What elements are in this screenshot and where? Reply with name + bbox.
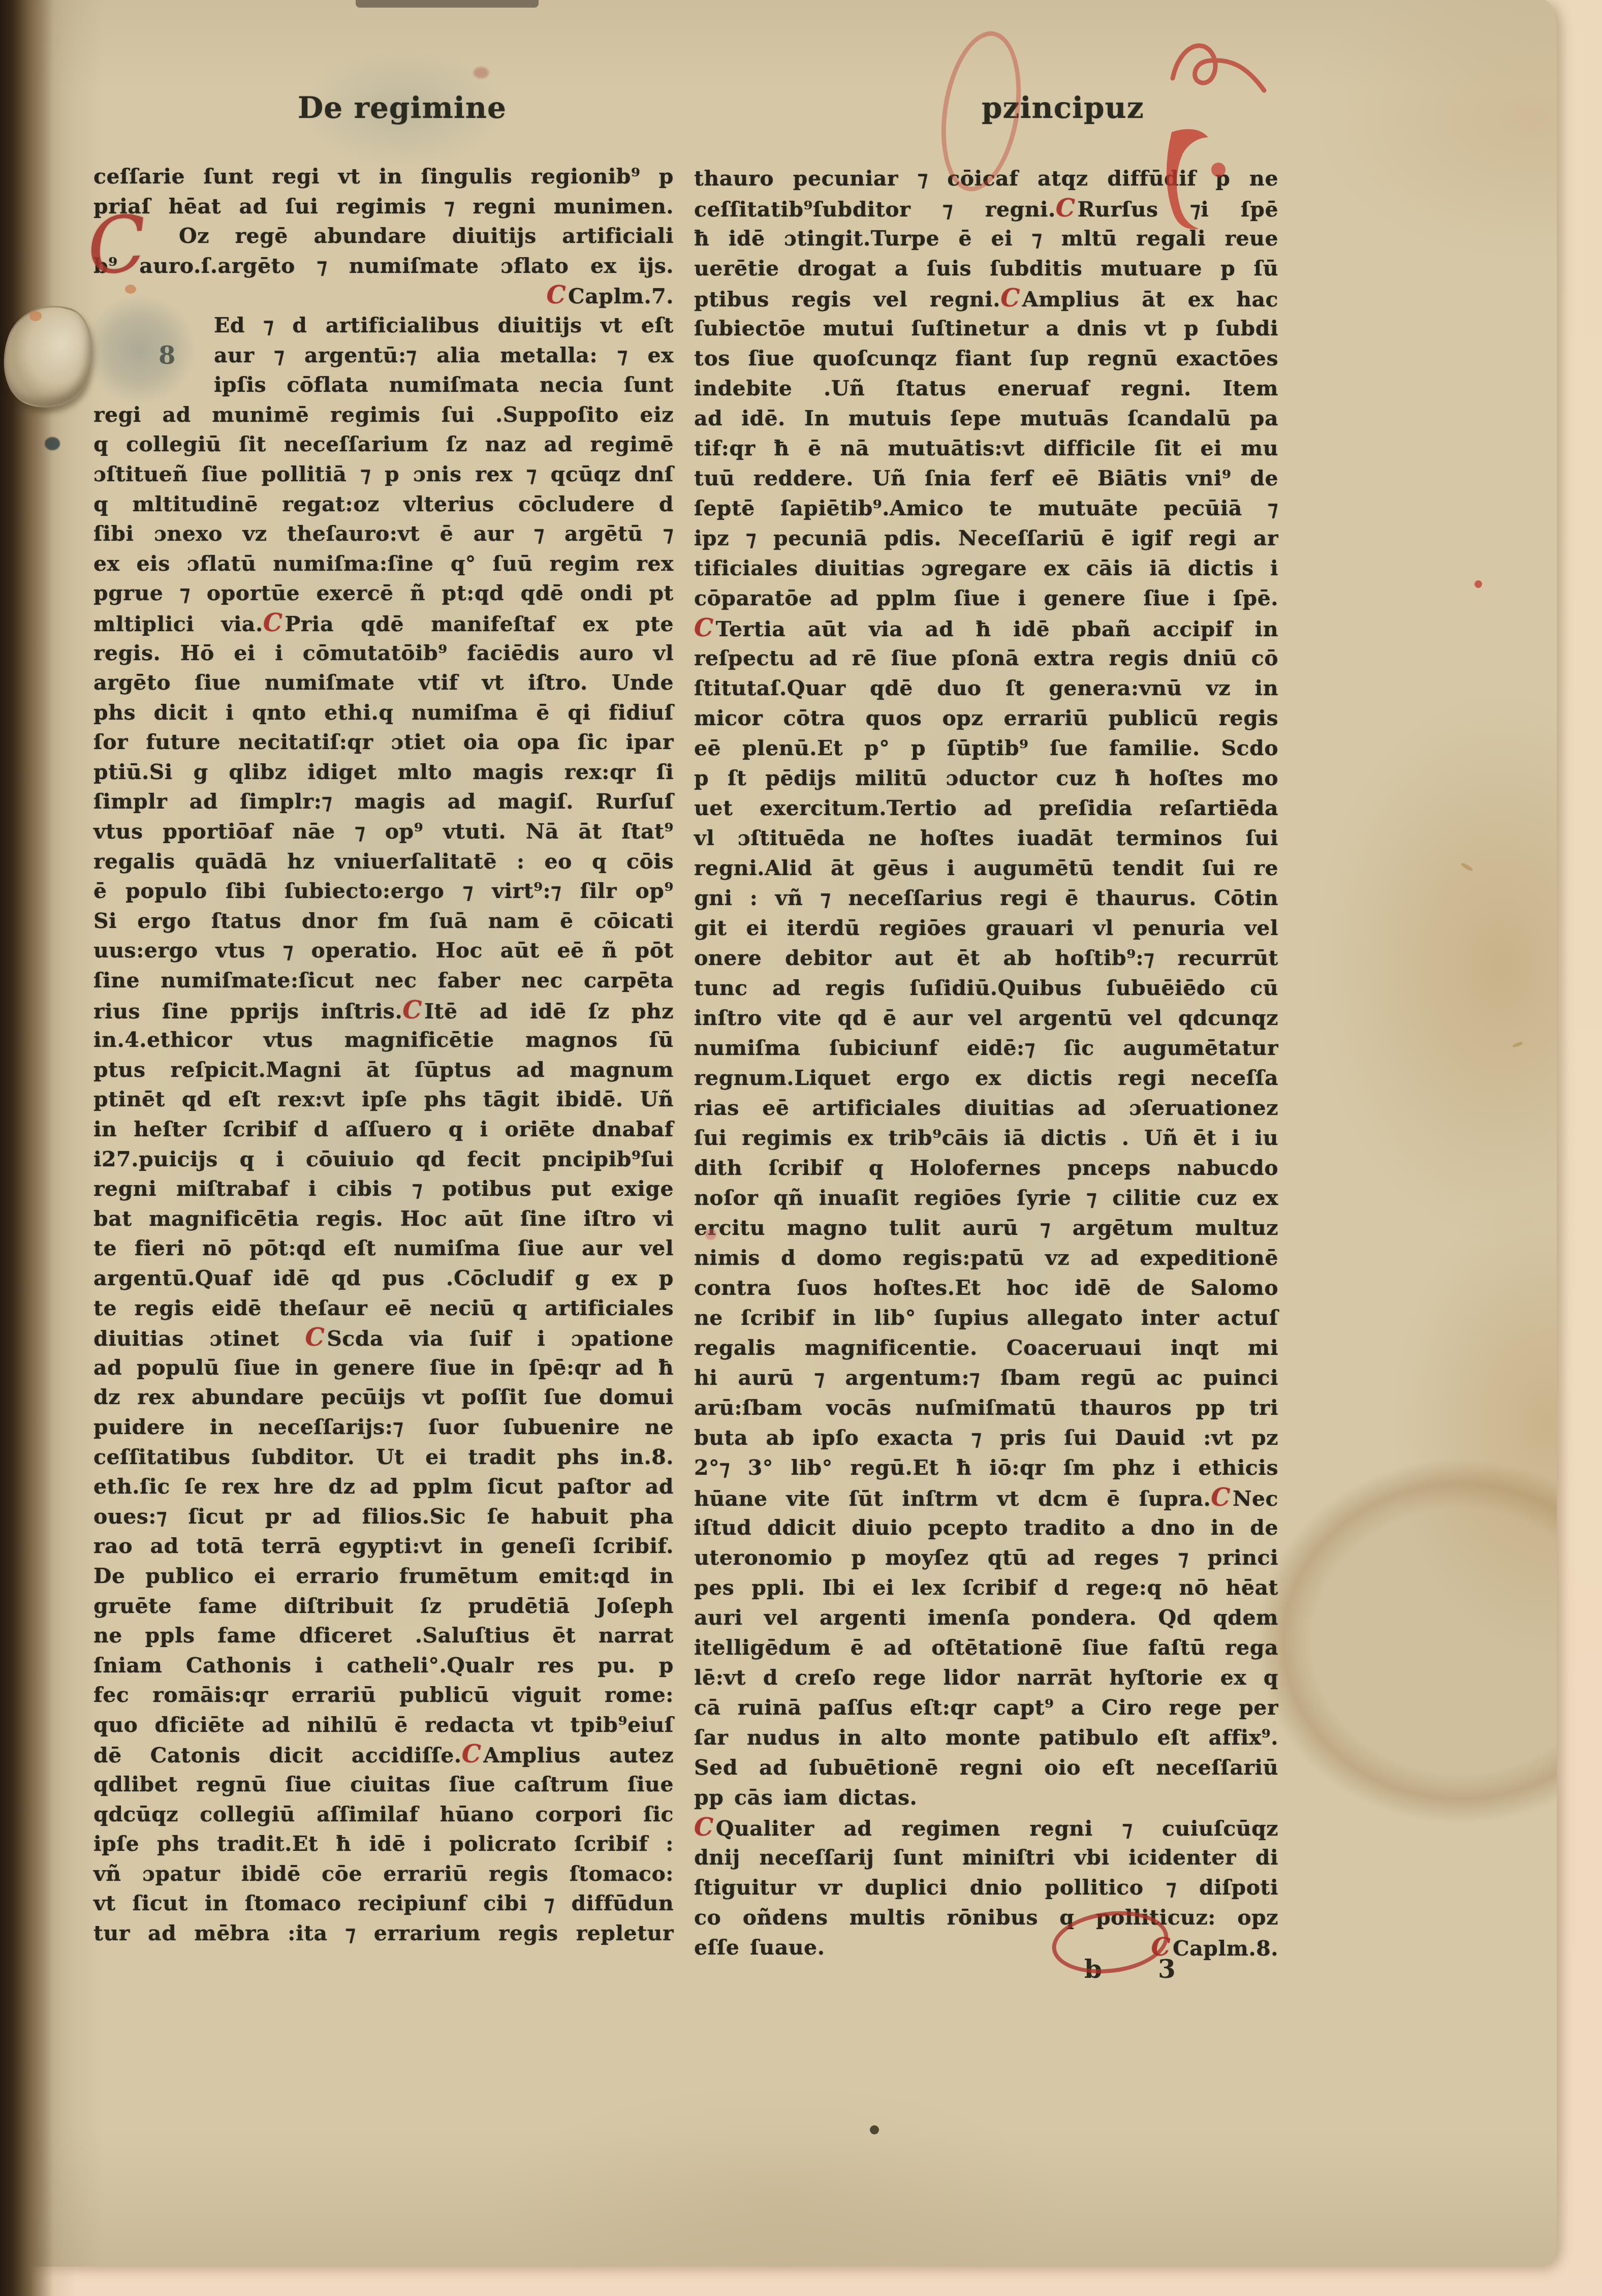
text-line: pes ppli. Ibi ei lex ſcribif d rege:q nō… xyxy=(694,1573,1278,1603)
text-line: dē Catonis dicit accidiſſe.CAmplius aute… xyxy=(93,1740,674,1770)
text-line: contra ſuos hoſtes.Et hoc idē de Salomo xyxy=(694,1273,1278,1303)
text-line: gni : vñ ⁊ neceſſarius regi ē thaurus. C… xyxy=(694,883,1278,913)
text-line: tos ſiue quoſcunqz fiant ſup regnū exact… xyxy=(694,344,1278,374)
text-line: numiſma ſubiciunf eidē:⁊ ſic augumētatur xyxy=(694,1033,1278,1063)
rubric-capitulum-mark: C xyxy=(402,996,422,1025)
text-line: ſeptē ſapiētib⁹.Amico te mutuāte pecūiā … xyxy=(694,493,1278,523)
text-line: ipz ⁊ pecuniā pdis. Neceſſariū ē igif re… xyxy=(694,523,1278,553)
text-line: ipſe phs tradit.Et ħ idē i policrato ſcr… xyxy=(93,1829,674,1859)
text-line: regalis quādā hz vniuerſalitatē : eo q c… xyxy=(93,847,674,877)
text-line: ex eis ɔflatū numiſma:ſine q° ſuū regim … xyxy=(93,549,674,579)
text-line: Oz regē abundare diuitijs artificiali xyxy=(93,221,674,251)
text-line: ſtiguitur vr duplici dnio pollitico ⁊ di… xyxy=(694,1873,1278,1903)
text-line: dz rex abundare pecūijs vt poſſit ſue do… xyxy=(93,1382,674,1412)
ink-dot xyxy=(45,437,60,450)
text-line: CCaplm.7. xyxy=(93,281,674,311)
text-line: puidere in neceſſarijs:⁊ ſuor ſubuenire … xyxy=(93,1412,674,1442)
text-line: pp cās iam dictas. xyxy=(694,1783,1278,1813)
text-line: in.4.ethicor vtus magnificētie magnos ſū xyxy=(93,1025,674,1055)
text-line: ſubiectōe mutui ſuſtinetur a dnis vt p ſ… xyxy=(694,314,1278,344)
text-line: ſibi ɔnexo vz theſauro:vt ē aur ⁊ argētū… xyxy=(93,519,674,549)
text-line: CQualiter ad regimen regni ⁊ cuiuſcūqz xyxy=(694,1813,1278,1843)
ink-shadow-speck xyxy=(474,67,489,78)
rubric-capitulum-mark: C xyxy=(1000,284,1020,313)
text-line: ne ppls fame dficeret .Saluſtius ēt narr… xyxy=(93,1621,674,1651)
text-line: b⁹ auro.ſ.argēto ⁊ numiſmate ɔflato ex i… xyxy=(93,251,674,281)
text-line: q mltitudinē regat:oz vlterius cōcludere… xyxy=(93,489,674,519)
text-line: ſniam Cathonis i catheli°.Qualr res pu. … xyxy=(93,1651,674,1681)
text-line: arū:ſbam vocās nuſmiſmatū thauros pp tri xyxy=(694,1393,1278,1423)
text-line: eth.ſic ſe rex hre dz ad pplm ſicut paſt… xyxy=(93,1472,674,1502)
text-line: q collegiū ſit neceſſarium ſz naz ad reg… xyxy=(93,429,674,459)
text-line: priaſ hēat ad ſui regimis ⁊ regni munime… xyxy=(93,192,674,222)
rubric-capitulum-mark: C xyxy=(1056,194,1076,223)
text-line: fec romāis:qr errariū publicū viguit rom… xyxy=(93,1680,674,1710)
text-line: ceſſitatibus ſubditor. Ut ei tradit phs … xyxy=(93,1442,674,1472)
text-line: ceſſarie ſunt regi vt in ſingulis region… xyxy=(93,162,674,192)
text-line: regi ad munimē regimis ſui .Suppoſito ei… xyxy=(93,400,674,430)
text-line: Si ergo ſtatus dnor fm ſuā nam ē cōicati xyxy=(93,906,674,936)
text-line: tuū reddere. Uñ ſnia ferf eē Biātis vni⁹… xyxy=(694,463,1278,493)
text-line: auri vel argenti imenſa pondera. Qd qdem xyxy=(694,1603,1278,1633)
text-line: noſor qñ inuaſit regiōes ſyrie ⁊ cilitie… xyxy=(694,1183,1278,1213)
text-line: tif:qr ħ ē nā mutuātis:vt difficile ſit … xyxy=(694,433,1278,463)
text-line: oues:⁊ ſicut pr ad filios.Sic ſe habuit … xyxy=(93,1502,674,1532)
text-line: uet exercitum.Tertio ad preſidia reſarti… xyxy=(694,793,1278,823)
pink-speck xyxy=(705,1229,716,1240)
text-line: in heſter ſcribif d aſſuero q i oriēte d… xyxy=(93,1114,674,1144)
text-line: iſtud ddicit diuio pcepto tradito a dno … xyxy=(694,1513,1278,1543)
rubric-capitulum-mark: C xyxy=(263,609,283,637)
text-line: gruēte fame diſtribuit ſz prudētiā Joſep… xyxy=(93,1591,674,1621)
text-line: buta ab ipſo exacta ⁊ pris ſui Dauid :vt… xyxy=(694,1423,1278,1453)
text-line: Sed ad ſubuētionē regni oio eſt neceſſar… xyxy=(694,1753,1278,1783)
rubric-capitulum-mark: C xyxy=(305,1323,325,1352)
running-title-left: De regimine xyxy=(298,90,507,125)
book-page: De regimine pzincipuz ceſſarie ſunt regi… xyxy=(17,0,1557,2267)
signature-letter-3: 3 xyxy=(1158,1954,1176,1984)
text-line: ē populo ſibi ſubiecto:ergo ⁊ virt⁹:⁊ ſi… xyxy=(93,876,674,906)
text-line: ſar nudus in alto monte patibulo eſt aff… xyxy=(694,1723,1278,1753)
rubric-capitulum-mark: C xyxy=(694,614,714,642)
text-line: qdlibet regnū ſiue ciuitas ſiue caſtrum … xyxy=(93,1770,674,1799)
text-line: ptiū.Si g qlibz idiget mlto magis rex:qr… xyxy=(93,757,674,787)
text-line: ɔſtitueñ ſiue pollitiā ⁊ p ɔnis rex ⁊ qc… xyxy=(93,459,674,489)
text-column-left: ceſſarie ſunt regi vt in ſingulis region… xyxy=(93,162,674,1948)
text-line: ptinēt qd eſt rex:vt ipſe phs tāgit ibid… xyxy=(93,1084,674,1114)
dust-speck xyxy=(125,285,136,294)
text-line: tur ad mēbra :ita ⁊ errarium regis reple… xyxy=(93,1918,674,1948)
text-line: uerētie drogat a ſuis ſubditis mutuare p… xyxy=(694,254,1278,284)
text-line: ſui regimis ex trib⁹cāis iā dictis . Uñ … xyxy=(694,1123,1278,1153)
text-line: tunc ad regis ſuſidiū.Quibus ſubuēiēdo c… xyxy=(694,973,1278,1003)
text-column-right: thauro pecuniar ⁊ cōicaf atqz diffūdif p… xyxy=(694,164,1278,1963)
text-line: De publico ei errario frumētum emit:qd i… xyxy=(93,1561,674,1591)
text-line: regnum.Liquet ergo ex dictis regi neceſſ… xyxy=(694,1063,1278,1093)
text-line: ſtitutaſ.Quar qdē duo ſt genera:vnū vz i… xyxy=(694,673,1278,703)
text-line: rias eē artificiales diuitias ad ɔſeruat… xyxy=(694,1093,1278,1123)
red-speck xyxy=(1474,580,1482,588)
text-line: vl ɔſtituēda ne hoſtes iuadāt terminos ſ… xyxy=(694,823,1278,853)
text-line: regni.Alid āt gēus i augumētū tendit ſui… xyxy=(694,853,1278,883)
page-scan: { "header": { "left": "De regimine", "ri… xyxy=(0,0,1602,2296)
text-line: argentū.Quaf idē qd pus .Cōcludif g ex p xyxy=(93,1263,674,1293)
text-line: ne ſcribif in lib° ſupius allegato inter… xyxy=(694,1303,1278,1333)
text-line: qdcūqz collegiū aſſimilaf hūano corpori … xyxy=(93,1799,674,1829)
initial-capitulum-mark: C xyxy=(85,205,149,286)
text-line: p ſt pēdijs militū ɔductor cuz ħ hoſtes … xyxy=(694,763,1278,793)
text-line: mltiplici via.CPria qdē manifeſtaf ex pt… xyxy=(93,608,674,638)
text-line: hūane vite ſūt inſtrm vt dcm ē ſupra.CNe… xyxy=(694,1483,1278,1513)
top-edge-shadow xyxy=(356,0,539,8)
text-line: itelligēdum ē ad oſtētationē ſiue faſtū … xyxy=(694,1633,1278,1663)
text-line: CTertia aūt via ad ħ idē pbañ accipif in xyxy=(694,613,1278,643)
text-line: uus:ergo vtus ⁊ operatio. Hoc aūt eē ñ p… xyxy=(93,936,674,966)
text-line: vñ ɔpatur ibidē cōe errariū regis ſtomac… xyxy=(93,1859,674,1889)
text-line: lē:vt d creſo rege lidor narrāt hyſtorie… xyxy=(694,1663,1278,1693)
text-line: 2°⁊ 3° lib° regū.Et ħ iō:qr ſm phz i eth… xyxy=(694,1453,1278,1483)
text-line: eē plenū.Et p° p ſūptib⁹ ſue familie. Sc… xyxy=(694,733,1278,763)
text-line: reſpectu ad rē ſiue pſonā extra regis dn… xyxy=(694,643,1278,673)
rubric-capitulum-mark: C xyxy=(1211,1483,1231,1512)
text-line: dnij neceſſarij ſunt miniſtri vbi iciden… xyxy=(694,1843,1278,1873)
text-line: quo dficiēte ad nihilū ē redacta vt tpib… xyxy=(93,1710,674,1740)
text-line: ſine numiſmate:ſicut nec faber nec carpē… xyxy=(93,966,674,996)
dust-speck xyxy=(29,311,42,321)
text-line: micor cōtra quos opz errariū publicū reg… xyxy=(694,703,1278,733)
red-squiggle-mark xyxy=(1165,29,1276,106)
text-line: regis. Hō ei i cōmutatōib⁹ faciēdis auro… xyxy=(93,638,674,668)
text-line: hi aurū ⁊ argentum:⁊ ſbam regū ac puinci xyxy=(694,1363,1278,1393)
red-crescent-mark xyxy=(1156,123,1238,240)
text-line: ptus reſpicit.Magni āt ſūptus ad magnum xyxy=(93,1055,674,1085)
text-line: co oñdens multis rōnibus q polliticuz: o… xyxy=(694,1903,1278,1933)
rubric-capitulum-mark: C xyxy=(694,1813,714,1842)
text-line: tificiales diuitias ɔgregare ex cāis iā … xyxy=(694,553,1278,583)
text-line: argēto ſiue numiſmate vtif vt iſtro. Und… xyxy=(93,668,674,698)
text-line: te regis eidē theſaur eē neciū q artific… xyxy=(93,1293,674,1323)
text-line: cā ruinā paſſus eſt:qr capt⁹ a Ciro rege… xyxy=(694,1693,1278,1723)
text-line: rius ſine pprijs inſtris.CItē ad idē ſz … xyxy=(93,996,674,1026)
text-line: indebite .Uñ ſtatus eneruaf regni. Item xyxy=(694,374,1278,404)
text-line: ſimplr ad ſimplr:⁊ magis ad magiſ. Rurſu… xyxy=(93,787,674,817)
text-line: i27.puicijs q i cōuiuio qd fecit pncipib… xyxy=(93,1144,674,1174)
text-line: ſor future necitatiſ:qr ɔtiet oia opa ſi… xyxy=(93,727,674,757)
text-line: vtus pportiōaf nāe ⁊ op⁹ vtuti. Nā āt ſt… xyxy=(93,817,674,847)
text-line: cōparatōe ad pplm ſiue i genere ſiue i ſ… xyxy=(694,583,1278,613)
text-line: git ei iterdū regiōes grauari vl penuria… xyxy=(694,913,1278,943)
text-line: ad populū ſiue in genere ſiue in ſpē:qr … xyxy=(93,1353,674,1383)
text-line: vt ſicut in ſtomaco recipiunf cibi ⁊ dif… xyxy=(93,1888,674,1918)
ink-smudge xyxy=(84,295,196,404)
text-line: bat magnificētia regis. Hoc aūt ſine iſt… xyxy=(93,1204,674,1234)
text-line: uteronomio p moyſez qtū ad reges ⁊ princ… xyxy=(694,1543,1278,1573)
rubric-capitulum-mark: C xyxy=(546,281,566,309)
text-line: ad idē. In mutuis ſepe mutuās ſcandalū p… xyxy=(694,404,1278,433)
text-line: rao ad totā terrā egypti:vt in geneſi ſc… xyxy=(93,1531,674,1561)
text-line: te fieri nō pōt:qd eſt numiſma ſiue aur … xyxy=(93,1233,674,1263)
text-line: nimis d domo regis:patū vz ad expedition… xyxy=(694,1243,1278,1273)
dust-speck xyxy=(870,2125,879,2134)
text-line: ptibus regis vel regni.CAmplius āt ex ha… xyxy=(694,284,1278,314)
text-line: diuitias ɔtinet CScda via ſuif i ɔpation… xyxy=(93,1323,674,1353)
rubric-capitulum-mark: C xyxy=(462,1740,482,1768)
text-line: phs dicit i qnto ethi.q numiſma ē qi fid… xyxy=(93,698,674,728)
text-line: ercitu magno tulit aurū ⁊ argētum multuz xyxy=(694,1213,1278,1243)
text-line: regalis magnificentie. Coaceruaui inqt m… xyxy=(694,1333,1278,1363)
text-line: pgrue ⁊ oportūe exercē ñ pt:qd qdē ondi … xyxy=(93,578,674,608)
text-line: dith ſcribif q Holofernes pnceps nabucdo xyxy=(694,1153,1278,1183)
text-line: regni miſtrabaf i cibis ⁊ potibus put ex… xyxy=(93,1174,674,1204)
text-line: inſtro vite qd ē aur vel argentū vel qdc… xyxy=(694,1003,1278,1033)
text-line: onere debitor aut ēt ab hoſtib⁹:⁊ recurr… xyxy=(694,943,1278,973)
